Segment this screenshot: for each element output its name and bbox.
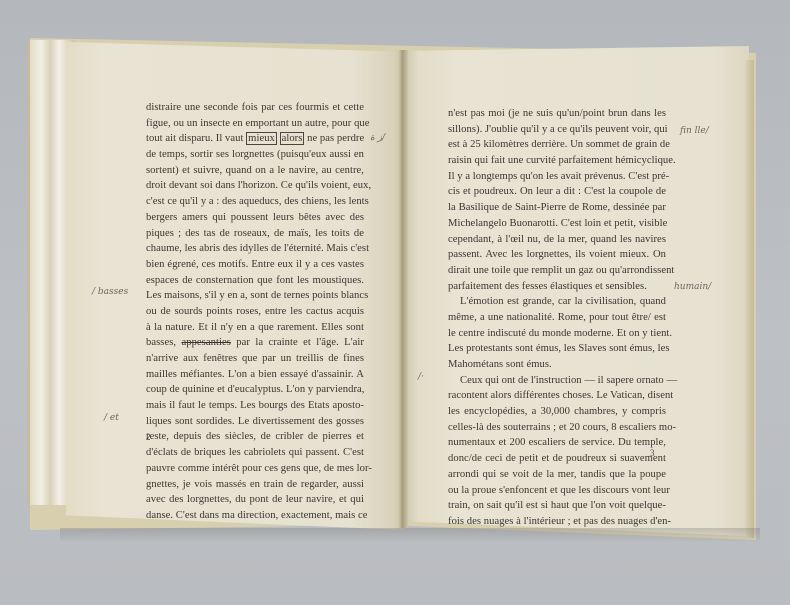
- text-line: n'est pas moi (je ne suis qu'un/point br…: [448, 106, 666, 122]
- text-line: bien égrené, ces motifs. Entre eux il y …: [146, 257, 364, 273]
- text-line: dirait une toile que remplit un gaz ou q…: [448, 263, 666, 279]
- right-page-text: n'est pas moi (je ne suis qu'un/point br…: [448, 106, 666, 530]
- text-line: c'est ce qu'il y a : des aqueducs, des c…: [146, 194, 364, 210]
- text-line: ou de sourds points roses, entre les cac…: [146, 304, 364, 320]
- page-edge: [746, 60, 754, 538]
- margin-annotation: ز ﺓ/: [370, 133, 385, 143]
- text-line: Michelangelo Buonarotti. C'est loin et p…: [448, 216, 666, 232]
- text-line: n'arrive aux fenêtres que par un treilli…: [146, 351, 364, 367]
- text-line: gnettes, je vois massés en train de rega…: [146, 477, 364, 493]
- text-line: train, on sait qu'il est si haut que l'o…: [448, 498, 666, 514]
- book-gutter: [398, 50, 408, 528]
- text-line: reste, depuis des siècles, de cribler de…: [146, 429, 364, 445]
- text-line: piques ; des tas de roseaux, de maïs, le…: [146, 226, 364, 242]
- text-line: chaume, les abris des idylles de l'étern…: [146, 241, 364, 257]
- page-number-right: 3: [650, 448, 655, 458]
- text-line: figue, ou un insecte en emportant un aut…: [146, 116, 364, 132]
- struck-word: appesanties: [181, 337, 230, 348]
- text-line: cis et poudreux. On leur a dit : C'est l…: [448, 184, 666, 200]
- text-line: de temps, sortir ses lorgnettes (puisqu'…: [146, 147, 364, 163]
- text-line: la Basilique de Saint-Pierre de Rome, de…: [448, 200, 666, 216]
- text-line: pauvre comme intérêt pour ces gens que, …: [146, 461, 364, 477]
- text-line: d'éclats de briques les cabriolets qui p…: [146, 445, 364, 461]
- left-page-text: distraire une seconde fois par ces fourm…: [146, 100, 364, 524]
- book-photo: distraire une seconde fois par ces fourm…: [0, 0, 790, 605]
- text-line: racontent alors différentes choses. Le V…: [448, 388, 666, 404]
- text-line-with-boxed-words: tout ait disparu. Il vaut mieux alors ne…: [146, 131, 364, 147]
- text-line: droit devant soi dans l'horizon. Ce qu'i…: [146, 178, 364, 194]
- text-line: mailles méfiantes. L'on a bien essayé d'…: [146, 367, 364, 383]
- margin-annotation: / basses: [92, 287, 128, 297]
- text-line: parfaitement des fesses élastiques et se…: [448, 279, 666, 295]
- text-line: espaces de consternation que font les mo…: [146, 273, 364, 289]
- text-line: Mahométans sont émus.: [448, 357, 666, 373]
- text-line: mais il faut le temps. Les bourgs des Et…: [146, 398, 364, 414]
- text-line: est à 25 kilomètres derrière. Un sommet …: [448, 137, 666, 153]
- text-line: numentaux et 200 escaliers de service. D…: [448, 435, 666, 451]
- text-line: sortent) et suivre, quand on a le navire…: [146, 163, 364, 179]
- text-line: le centre indiscuté du monde moderne. Et…: [448, 326, 666, 342]
- text-line: à la nature. Et il n'y en a que rarement…: [146, 320, 364, 336]
- text-line: liques sont sordides. Le divertissement …: [146, 414, 364, 430]
- margin-annotation: / et: [104, 413, 119, 423]
- text-line-with-strikethrough: basses, appesanties par la crainte et l'…: [146, 335, 364, 351]
- text-line: cependant, à l'œil nu, de la mer, quand …: [448, 232, 666, 248]
- text-line: passent. Avec les lorgnettes, ils voient…: [448, 247, 666, 263]
- text-line: L'émotion est grande, car la civilisatio…: [448, 294, 666, 310]
- text-line: fois des nuages à l'intérieur ; et pas d…: [448, 514, 666, 530]
- margin-annotation: fin lle/: [680, 126, 709, 136]
- text-line: donc/de ceci de petit et de poudreux si …: [448, 451, 666, 467]
- text-line: bergers amers qui poussent leurs bêtes a…: [146, 210, 364, 226]
- boxed-word: mieux: [246, 132, 277, 145]
- text-line: les encyclopédies, a 30,000 chambres, y …: [448, 404, 666, 420]
- text-line: coup de quinine et d'eucalyptus. L'on y …: [146, 382, 364, 398]
- text-line: même, a une nationalité. Rome, pour tout…: [448, 310, 666, 326]
- text-line: Ceux qui ont de l'instruction — il saper…: [448, 373, 666, 389]
- book-shadow: [60, 528, 760, 542]
- text-line: Il y a longtemps qu'on les avait prévenu…: [448, 169, 666, 185]
- page-number-left: 2: [146, 432, 151, 442]
- text-line: distraire une seconde fois par ces fourm…: [146, 100, 364, 116]
- margin-annotation: /·: [418, 372, 424, 382]
- text-line: arrondi qui se voit de la mer, tandis qu…: [448, 467, 666, 483]
- margin-annotation: humain/: [674, 282, 711, 292]
- text-line: celles-là des souterrains ; et 20 cours,…: [448, 420, 666, 436]
- text-line: raisin qui fait une curvité parfaitement…: [448, 153, 666, 169]
- text-line: Les maisons, s'il y en a, sont de ternes…: [146, 288, 364, 304]
- text-line: sillons). J'oublie qu'il y a ce qu'ils p…: [448, 122, 666, 138]
- text-line: avec des lorgnettes, du pont de leur nav…: [146, 492, 364, 508]
- text-line: ou la proue s'enfoncent et que les disco…: [448, 483, 666, 499]
- text-line: Les protestants sont émus, les Slaves so…: [448, 341, 666, 357]
- text-line: danse. C'est dans ma direction, exacteme…: [146, 508, 364, 524]
- boxed-word: alors: [280, 132, 305, 145]
